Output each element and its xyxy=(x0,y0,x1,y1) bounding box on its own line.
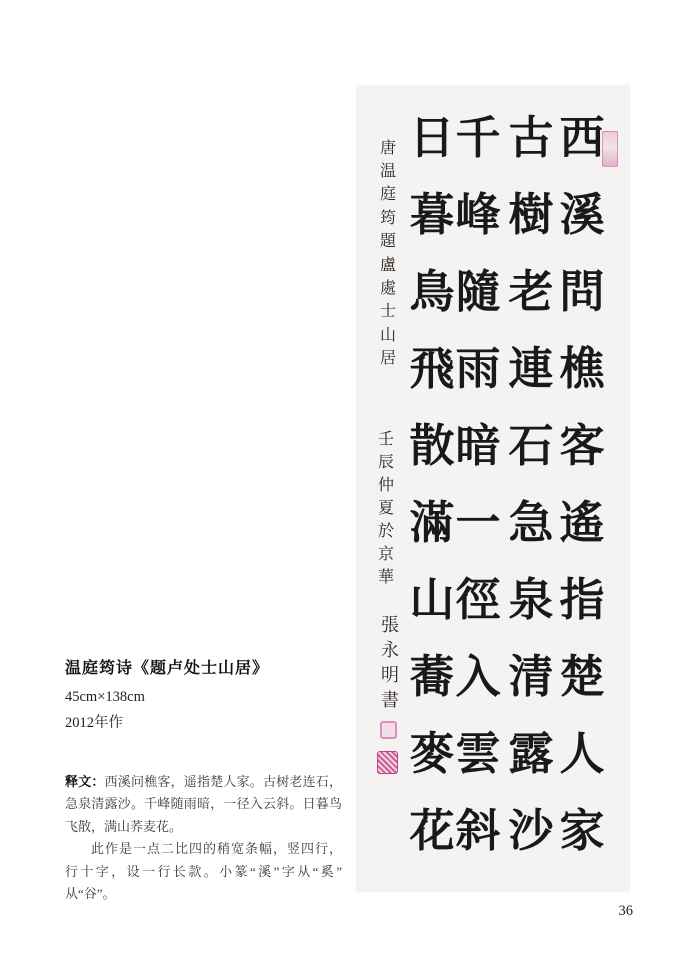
poem-column-2: 古樹老連石急泉清露沙 xyxy=(505,99,557,869)
poem-column-4: 日暮鳥飛散滿山蕎麥花 xyxy=(406,99,458,869)
artwork-image: 西溪問樵客遙指楚人家 古樹老連石急泉清露沙 千峰隨雨暗一徑入雲斜 日暮鳥飛散滿山… xyxy=(356,85,630,892)
caption-title: 温庭筠诗《题卢处士山居》 xyxy=(65,655,269,678)
signature-column: 張永明書 xyxy=(378,613,402,713)
interpretation-line: 行十字，设一行长款。小篆“溪”字从“奚” xyxy=(65,861,342,883)
interpretation-line: 急泉清露沙。千峰随雨暗，一径入云斜。日暮鸟 xyxy=(65,793,342,815)
book-page: 西溪問樵客遙指楚人家 古樹老連石急泉清露沙 千峰隨雨暗一徑入雲斜 日暮鳥飛散滿山… xyxy=(0,0,700,974)
interpretation-line: 飞散，满山荞麦花。 xyxy=(65,816,342,838)
artist-seal-bottom-icon xyxy=(377,751,398,774)
header-seal-stamp-icon xyxy=(602,131,618,167)
interpretation-line: 从“谷”。 xyxy=(65,883,342,905)
poem-column-1: 西溪問樵客遙指楚人家 xyxy=(556,99,608,869)
poem-column-3: 千峰隨雨暗一徑入雲斜 xyxy=(452,99,504,869)
caption-size: 45cm×138cm xyxy=(65,689,145,706)
inscription-title-column: 唐温庭筠題盧處士山居 xyxy=(376,136,400,370)
interpretation-text: 西溪问樵客，遥指楚人家。古树老连石， xyxy=(105,774,342,789)
interpretation-line: 此作是一点二比四的稍宽条幅，竖四行， xyxy=(65,838,342,860)
caption-year: 2012年作 xyxy=(65,711,123,732)
interpretation-label: 释文： xyxy=(65,774,105,789)
interpretation-line: 释文：西溪问樵客，遥指楚人家。古树老连石， xyxy=(65,771,342,793)
artist-seal-top-icon xyxy=(380,721,397,739)
page-number: 36 xyxy=(593,903,633,920)
inscription-date-column: 壬辰仲夏於京華 xyxy=(374,427,398,588)
interpretation-block: 释文：西溪问樵客，遥指楚人家。古树老连石， 急泉清露沙。千峰随雨暗，一径入云斜。… xyxy=(65,771,342,905)
